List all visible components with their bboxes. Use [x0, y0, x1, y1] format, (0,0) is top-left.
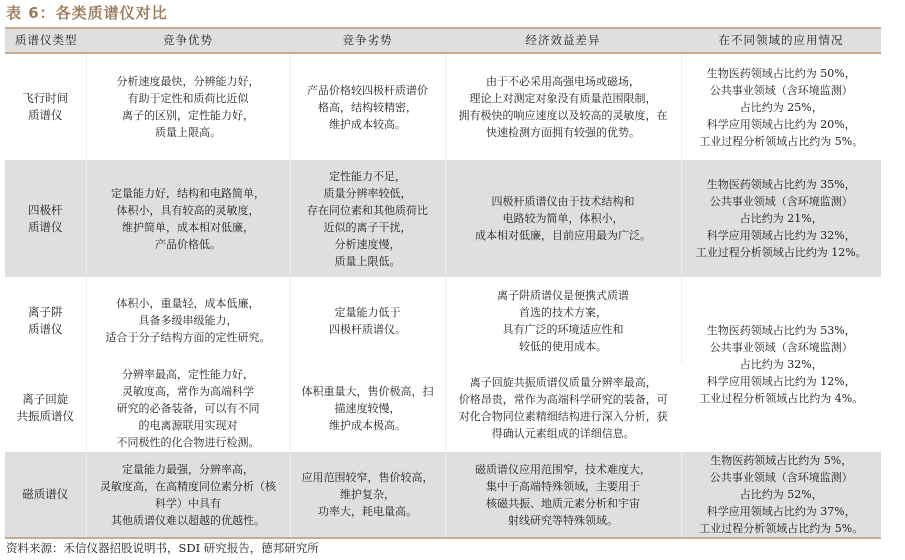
cell-economic: 四极杆质谱仪由于技术结构和 电路较为简单，体积小， 成本相对低廉，目前应用最为广… [445, 160, 681, 277]
header-economic: 经济效益差异 [445, 28, 681, 53]
cell-economic: 由于不必采用高强电场或磁场， 理论上对测定对象没有质量范围限制， 拥有极快的响应… [445, 53, 681, 160]
cell-disadvantage: 定量能力低于 四极杆质谱仪。 [290, 277, 445, 364]
source-note: 资料来源：禾信仪器招股说明书，SDI 研究报告，德邦研究所 [6, 540, 319, 556]
cell-type: 磁质谱仪 [5, 452, 86, 538]
table-row: 磁质谱仪 定量能力最强，分辨率高， 灵敏度高，在高精度同位素分析（核 科学）中具… [5, 452, 881, 538]
cell-disadvantage: 定性能力不足， 质量分辨率较低， 存在同位素和其他质荷比 近似的离子干扰， 分析… [290, 160, 445, 277]
cell-advantage: 定量能力好，结构和电路简单， 体积小，具有较高的灵敏度， 维护简单，成本相对低廉… [86, 160, 290, 277]
header-type: 质谱仪类型 [5, 28, 86, 53]
table-row: 离子阱 质谱仪 体积小，重量轻，成本低廉， 具备多级串级能力， 适合于分子结构方… [5, 277, 881, 364]
cell-advantage: 体积小，重量轻，成本低廉， 具备多级串级能力， 适合于分子结构方面的定性研究。 [86, 277, 290, 364]
header-application: 在不同领域的应用情况 [681, 28, 881, 53]
cell-economic: 磁质谱仪应用范围窄，技术难度大， 集中于高端特殊领域，主要用于 核磁共振、地质元… [445, 452, 681, 538]
header-advantage: 竞争优势 [86, 28, 290, 53]
table-row: 四极杆 质谱仪 定量能力好，结构和电路简单， 体积小，具有较高的灵敏度， 维护简… [5, 160, 881, 277]
table-header-row: 质谱仪类型 竞争优势 竞争劣势 经济效益差异 在不同领域的应用情况 [5, 28, 881, 53]
header-disadvantage: 竞争劣势 [290, 28, 445, 53]
cell-advantage: 定量能力最强，分辨率高， 灵敏度高，在高精度同位素分析（核 科学）中具有 其他质… [86, 452, 290, 538]
cell-advantage: 分析速度最快，分辨能力好， 有助于定性和质荷比近似 离子的区别，定性能力好， 质… [86, 53, 290, 160]
cell-application: 生物医药领域占比约为 5%， 公共事业领域（含环境监测） 占比约为 52%， 科… [681, 452, 881, 538]
cell-disadvantage: 体积重量大，售价极高，扫 描速度较慢， 维护成本极高。 [290, 364, 445, 452]
table-row: 飞行时间 质谱仪 分析速度最快，分辨能力好， 有助于定性和质荷比近似 离子的区别… [5, 53, 881, 160]
cell-type: 四极杆 质谱仪 [5, 160, 86, 277]
cell-type: 离子阱 质谱仪 [5, 277, 86, 364]
cell-application-merged: 生物医药领域占比约为 53%， 公共事业领域（含环境监测） 占比约为 32%， … [681, 277, 881, 452]
cell-application: 生物医药领域占比约为 50%， 公共事业领域（含环境监测） 占比约为 25%， … [681, 53, 881, 160]
cell-disadvantage: 应用范围较窄，售价较高， 维护复杂， 功率大，耗电量高。 [290, 452, 445, 538]
cell-application: 生物医药领域占比约为 35%， 公共事业领域（含环境监测） 占比约为 21%， … [681, 160, 881, 277]
cell-economic: 离子阱质谱仪是便携式质谱 首选的技术方案， 具有广泛的环境适应性和 较低的使用成… [445, 277, 681, 364]
cell-type: 离子回旋 共振质谱仪 [5, 364, 86, 452]
cell-economic: 离子回旋共振质谱仪质量分辨率最高， 价格昂贵，常作为高端科学研究的装备，可 对化… [445, 364, 681, 452]
mass-spectrometer-comparison-table: 质谱仪类型 竞争优势 竞争劣势 经济效益差异 在不同领域的应用情况 飞行时间 质… [5, 27, 881, 539]
cell-type: 飞行时间 质谱仪 [5, 53, 86, 160]
table-title: 表 6：各类质谱仪对比 [6, 2, 168, 23]
cell-advantage: 分辨率最高，定性能力好， 灵敏度高，常作为高端科学 研究的必备装备，可以有不同 … [86, 364, 290, 452]
cell-disadvantage: 产品价格较四极杆质谱价 格高，结构较精密， 维护成本较高。 [290, 53, 445, 160]
